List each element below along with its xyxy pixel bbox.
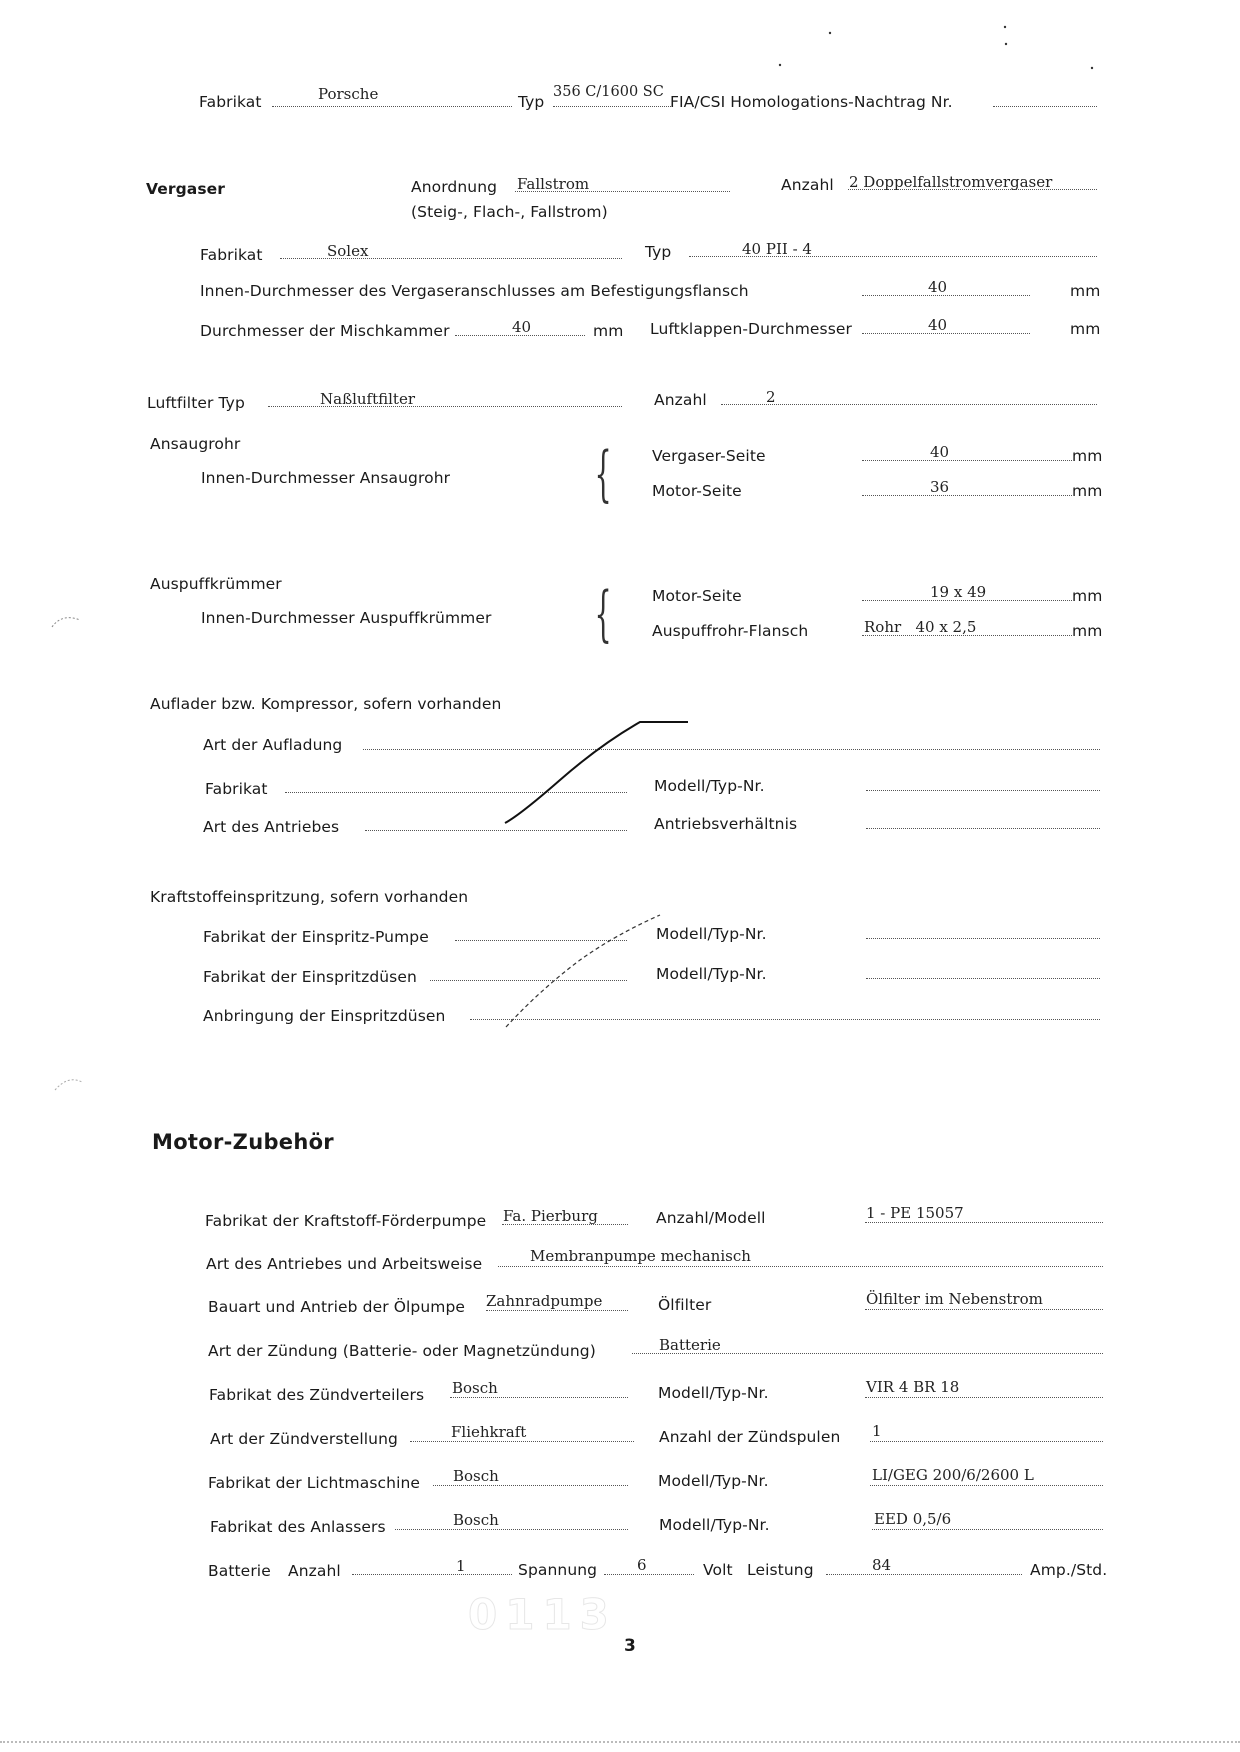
- zuendspulen-field-line: [870, 1441, 1103, 1442]
- luftklappen-unit: mm: [1070, 320, 1100, 338]
- ansaugrohr-sub-label: Innen-Durchmesser Ansaugrohr: [201, 469, 450, 487]
- zuendverteiler-field-line: [450, 1397, 628, 1398]
- einspritz-pumpe-field-line: [455, 940, 627, 941]
- zuendverteiler-modell-label: Modell/Typ-Nr.: [658, 1384, 769, 1402]
- speck: [1005, 43, 1007, 45]
- strike-through-marks: [0, 0, 1240, 1752]
- lichtmaschine-modell-label: Modell/Typ-Nr.: [658, 1472, 769, 1490]
- lichtmaschine-field-line: [433, 1485, 628, 1486]
- leistung-value: 84: [872, 1556, 891, 1574]
- speck: [779, 64, 781, 66]
- oelfilter-label: Ölfilter: [658, 1296, 711, 1314]
- fabrikat-field-line: [272, 106, 512, 107]
- auflader-art-field-line: [363, 749, 1100, 750]
- ansaugrohr-title: Ansaugrohr: [150, 435, 240, 453]
- spannung-label: Spannung: [518, 1561, 597, 1579]
- scan-bottom-edge: [0, 1741, 1240, 1743]
- zuendung-value: Batterie: [659, 1336, 721, 1354]
- zuendverstellung-value: Fliehkraft: [451, 1423, 526, 1441]
- luftklappen-label: Luftklappen-Durchmesser: [650, 320, 852, 338]
- volt-label: Volt: [703, 1561, 733, 1579]
- faint-stamp: 0113: [468, 1590, 617, 1639]
- einspritz-modell2-field-line: [866, 978, 1100, 979]
- ansaugrohr-vergaser-seite-value: 40: [930, 443, 949, 461]
- anbringung-label: Anbringung der Einspritzdüsen: [203, 1007, 445, 1025]
- vergaser-fabrikat-value: Solex: [327, 242, 368, 260]
- anordnung-hint: (Steig-, Flach-, Fallstrom): [411, 203, 608, 221]
- spannung-field-line: [604, 1574, 694, 1575]
- anordnung-value: Fallstrom: [517, 175, 589, 193]
- homologation-label: FIA/CSI Homologations-Nachtrag Nr.: [670, 93, 953, 111]
- auflader-antrieb-label: Art des Antriebes: [203, 818, 339, 836]
- auflader-verhaeltnis-field-line: [866, 828, 1100, 829]
- auspuff-sub-label: Innen-Durchmesser Auspuffkrümmer: [201, 609, 492, 627]
- lichtmaschine-modell-value: LI/GEG 200/6/2600 L: [872, 1466, 1034, 1484]
- batterie-anzahl-value: 1: [456, 1557, 466, 1575]
- auflader-fabrikat-field-line: [285, 792, 627, 793]
- anordnung-label: Anordnung: [411, 178, 497, 196]
- page-number: 3: [624, 1636, 636, 1656]
- ansaugrohr-motor-seite-field-line: [862, 495, 1072, 496]
- zuendung-label: Art der Zündung (Batterie- oder Magnetzü…: [208, 1342, 596, 1360]
- einspritz-modell-field-line: [866, 938, 1100, 939]
- auflader-modell-label: Modell/Typ-Nr.: [654, 777, 765, 795]
- ansaugrohr-brace: {: [595, 444, 612, 504]
- ansaugrohr-vergaser-seite-unit: mm: [1072, 447, 1102, 465]
- fabrikat-label: Fabrikat: [199, 93, 262, 111]
- anbringung-field-line: [470, 1019, 1100, 1020]
- zuendverstellung-label: Art der Zündverstellung: [210, 1430, 398, 1448]
- einspritz-pumpe-label: Fabrikat der Einspritz-Pumpe: [203, 928, 429, 946]
- innen-durchmesser-value: 40: [928, 278, 947, 296]
- auspuff-title: Auspuffkrümmer: [150, 575, 282, 593]
- margin-mark-1: [52, 618, 80, 627]
- vergaser-typ-value: 40 PII - 4: [742, 240, 812, 258]
- einspritz-modell2-label: Modell/Typ-Nr.: [656, 965, 767, 983]
- ansaugrohr-vergaser-seite-field-line: [862, 460, 1072, 461]
- mischkammer-unit: mm: [593, 322, 623, 340]
- vergaser-title: Vergaser: [146, 180, 225, 198]
- foerderpumpe-label: Fabrikat der Kraftstoff-Förderpumpe: [205, 1212, 486, 1230]
- auflader-title: Auflader bzw. Kompressor, sofern vorhand…: [150, 695, 501, 713]
- mischkammer-label: Durchmesser der Mischkammer: [200, 322, 450, 340]
- ansaugrohr-vergaser-seite-label: Vergaser-Seite: [652, 447, 766, 465]
- foerderpumpe-value: Fa. Pierburg: [503, 1207, 598, 1225]
- auspuff-motor-seite-value: 19 x 49: [930, 583, 986, 601]
- auflader-modell-field-line: [866, 790, 1100, 791]
- speck: [829, 32, 831, 34]
- anlasser-value: Bosch: [453, 1511, 499, 1529]
- einspritz-duesen-field-line: [430, 980, 627, 981]
- einspritz-modell-label: Modell/Typ-Nr.: [656, 925, 767, 943]
- zuendverteiler-value: Bosch: [452, 1379, 498, 1397]
- leistung-field-line: [826, 1574, 1022, 1575]
- batterie-label: Batterie: [208, 1562, 271, 1580]
- auspuff-flansch-value: Rohr 40 x 2,5: [864, 618, 976, 636]
- anlasser-modell-value: EED 0,5/6: [874, 1510, 951, 1528]
- zuendverteiler-modell-field-line: [865, 1397, 1103, 1398]
- fabrikat-value: Porsche: [318, 85, 378, 103]
- auspuff-flansch-label: Auspuffrohr-Flansch: [652, 622, 808, 640]
- speck: [1091, 67, 1093, 69]
- zubehoer-title: Motor-Zubehör: [152, 1130, 334, 1154]
- foerderpumpe-anzahl-value: 1 - PE 15057: [866, 1204, 964, 1222]
- innen-durchmesser-unit: mm: [1070, 282, 1100, 300]
- zuendverstellung-field-line: [410, 1441, 634, 1442]
- vergaser-anzahl-label: Anzahl: [781, 176, 834, 194]
- mischkammer-value: 40: [512, 318, 531, 336]
- ansaugrohr-motor-seite-unit: mm: [1072, 482, 1102, 500]
- einspritzung-strike-line: [506, 915, 660, 1027]
- auflader-art-label: Art der Aufladung: [203, 736, 342, 754]
- auflader-strike-line: [505, 722, 688, 823]
- auflader-verhaeltnis-label: Antriebsverhältnis: [654, 815, 797, 833]
- luftfilter-typ-label: Luftfilter Typ: [147, 394, 245, 412]
- margin-mark-2: [55, 1080, 82, 1090]
- zuendspulen-label: Anzahl der Zündspulen: [659, 1428, 840, 1446]
- typ-value: 356 C/1600 SC: [553, 84, 664, 100]
- auspuff-brace: {: [595, 584, 612, 644]
- luftklappen-value: 40: [928, 316, 947, 334]
- lichtmaschine-value: Bosch: [453, 1467, 499, 1485]
- auflader-fabrikat-label: Fabrikat: [205, 780, 268, 798]
- anlasser-field-line: [395, 1529, 628, 1530]
- leistung-label: Leistung: [747, 1561, 814, 1579]
- ansaugrohr-motor-seite-label: Motor-Seite: [652, 482, 742, 500]
- spannung-value: 6: [637, 1556, 647, 1574]
- oelpumpe-label: Bauart und Antrieb der Ölpumpe: [208, 1298, 465, 1316]
- typ-label: Typ: [518, 93, 544, 111]
- antrieb-arbeitsweise-label: Art des Antriebes und Arbeitsweise: [206, 1255, 482, 1273]
- zuendverteiler-modell-value: VIR 4 BR 18: [866, 1378, 959, 1396]
- oelpumpe-value: Zahnradpumpe: [486, 1292, 602, 1310]
- luftfilter-anzahl-label: Anzahl: [654, 391, 707, 409]
- typ-field-line: [553, 106, 673, 107]
- auspuff-flansch-unit: mm: [1072, 622, 1102, 640]
- innen-durchmesser-label: Innen-Durchmesser des Vergaseranschlusse…: [200, 282, 749, 300]
- foerderpumpe-anzahl-field-line: [865, 1222, 1103, 1223]
- auspuff-motor-seite-label: Motor-Seite: [652, 587, 742, 605]
- lichtmaschine-modell-field-line: [870, 1485, 1103, 1486]
- vergaser-typ-label: Typ: [645, 243, 671, 261]
- antrieb-arbeitsweise-field-line: [498, 1266, 1103, 1267]
- luftfilter-anzahl-field-line: [721, 404, 1097, 405]
- oelpumpe-field-line: [486, 1310, 628, 1311]
- anlasser-label: Fabrikat des Anlassers: [210, 1518, 386, 1536]
- zuendverteiler-label: Fabrikat des Zündverteilers: [209, 1386, 424, 1404]
- luftfilter-typ-value: Naßluftfilter: [320, 390, 415, 408]
- oelfilter-value: Ölfilter im Nebenstrom: [866, 1290, 1043, 1308]
- batterie-anzahl-field-line: [352, 1574, 512, 1575]
- luftfilter-anzahl-value: 2: [766, 388, 776, 406]
- einspritz-duesen-label: Fabrikat der Einspritzdüsen: [203, 968, 417, 986]
- lichtmaschine-label: Fabrikat der Lichtmaschine: [208, 1474, 420, 1492]
- foerderpumpe-anzahl-label: Anzahl/Modell: [656, 1209, 766, 1227]
- ansaugrohr-motor-seite-value: 36: [930, 478, 949, 496]
- zuendspulen-value: 1: [872, 1422, 882, 1440]
- auspuff-motor-seite-unit: mm: [1072, 587, 1102, 605]
- vergaser-fabrikat-label: Fabrikat: [200, 246, 263, 264]
- oelfilter-field-line: [865, 1309, 1103, 1310]
- anlasser-modell-field-line: [872, 1529, 1103, 1530]
- einspritzung-title: Kraftstoffeinspritzung, sofern vorhanden: [150, 888, 468, 906]
- antrieb-arbeitsweise-value: Membranpumpe mechanisch: [530, 1247, 751, 1265]
- homologation-field-line: [993, 106, 1097, 107]
- anlasser-modell-label: Modell/Typ-Nr.: [659, 1516, 770, 1534]
- batterie-anzahl-label: Anzahl: [288, 1562, 341, 1580]
- speck: [1004, 26, 1006, 28]
- vergaser-anzahl-value: 2 Doppelfallstromvergaser: [849, 173, 1052, 191]
- leistung-unit: Amp./Std.: [1030, 1561, 1107, 1579]
- auflader-antrieb-field-line: [365, 830, 627, 831]
